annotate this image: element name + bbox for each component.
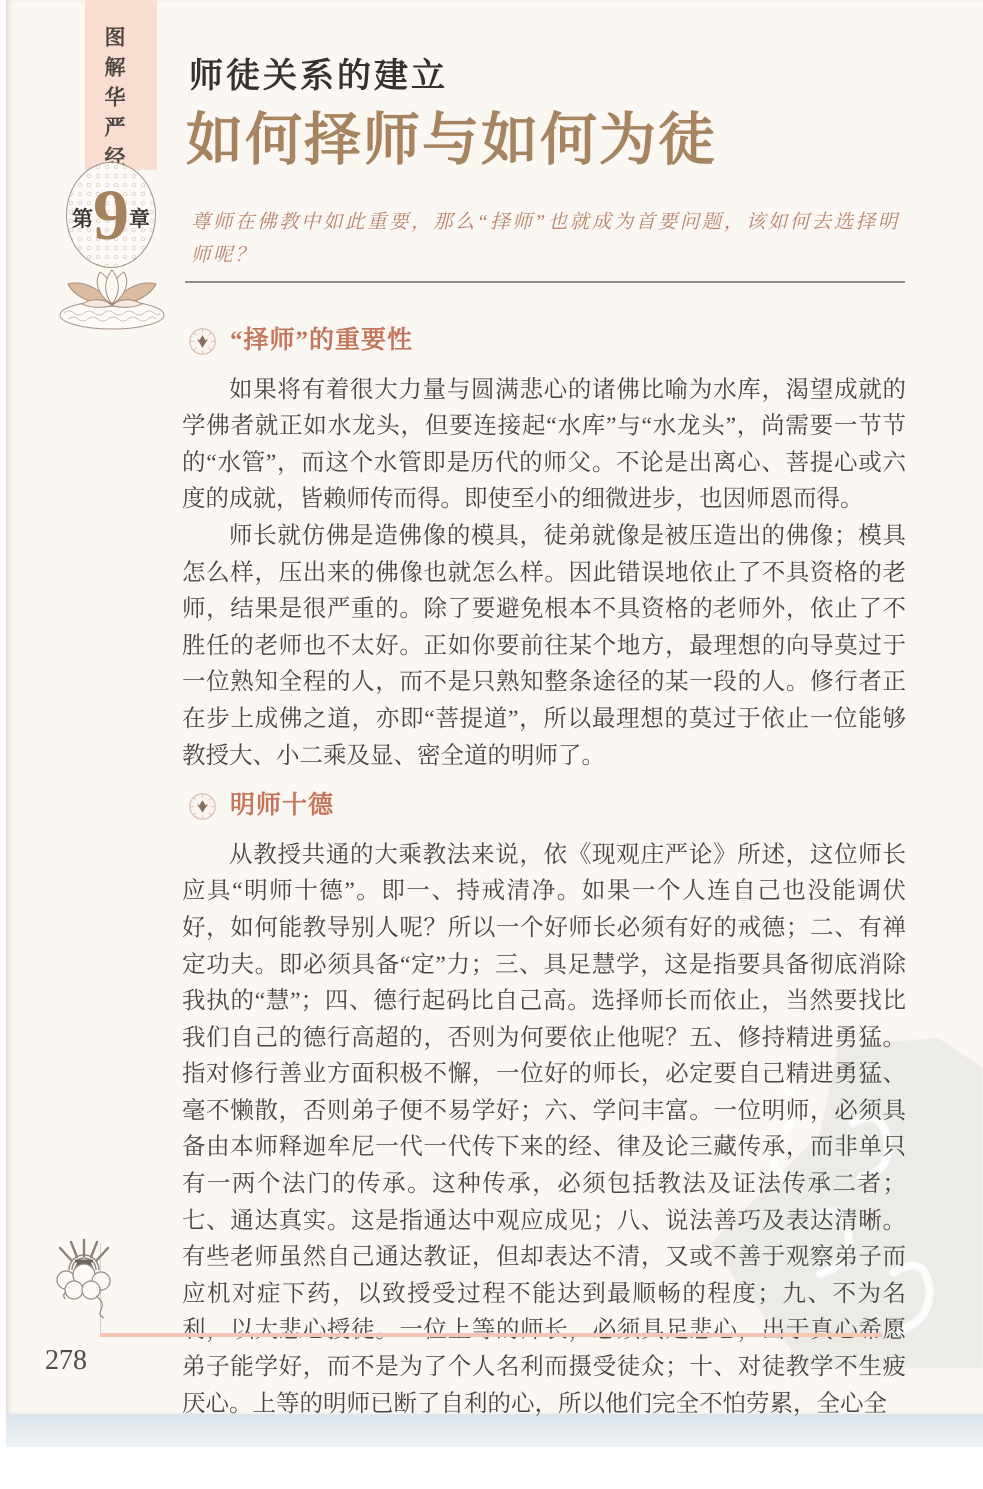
paragraph: 如果将有着很大力量与圆满悲心的诸佛比喻为水库，渴望成就的学佛者就正如水龙头，但要… — [182, 372, 906, 518]
cloud-temple-icon — [44, 1234, 124, 1320]
article-body: “择师”的重要性 如果将有着很大力量与圆满悲心的诸佛比喻为水库，渴望成就的学佛者… — [182, 321, 906, 1422]
section-heading-label: 明师十德 — [230, 788, 334, 825]
book-title-vertical: 图解华严经 — [99, 26, 129, 176]
paragraph: 师长就仿佛是造佛像的模具，徒弟就像是被压造出的佛像；模具怎么样，压出来的佛像也就… — [182, 518, 906, 774]
section-heading-2: 明师十德 — [188, 788, 906, 825]
chapter-suffix: 章 — [129, 203, 150, 233]
lotus-medallion-icon — [188, 792, 217, 821]
lotus-icon — [56, 264, 168, 332]
page-number: 278 — [45, 1345, 87, 1377]
section-heading-label: “择师”的重要性 — [230, 323, 413, 360]
lotus-medallion-icon — [188, 327, 217, 356]
footer-divider — [100, 1333, 882, 1337]
article-kicker: 师徒关系的建立 — [189, 48, 448, 97]
chapter-medallion-icon: 第 9 章 — [66, 162, 156, 268]
page-title: 如何择师与如何为徒 — [186, 94, 717, 176]
intro-text: 尊师在佛教中如此重要，那么“择师”也就成为首要问题，该如何去选择明师呢？ — [191, 206, 905, 272]
header-divider — [185, 281, 905, 283]
section-heading-1: “择师”的重要性 — [188, 323, 906, 360]
